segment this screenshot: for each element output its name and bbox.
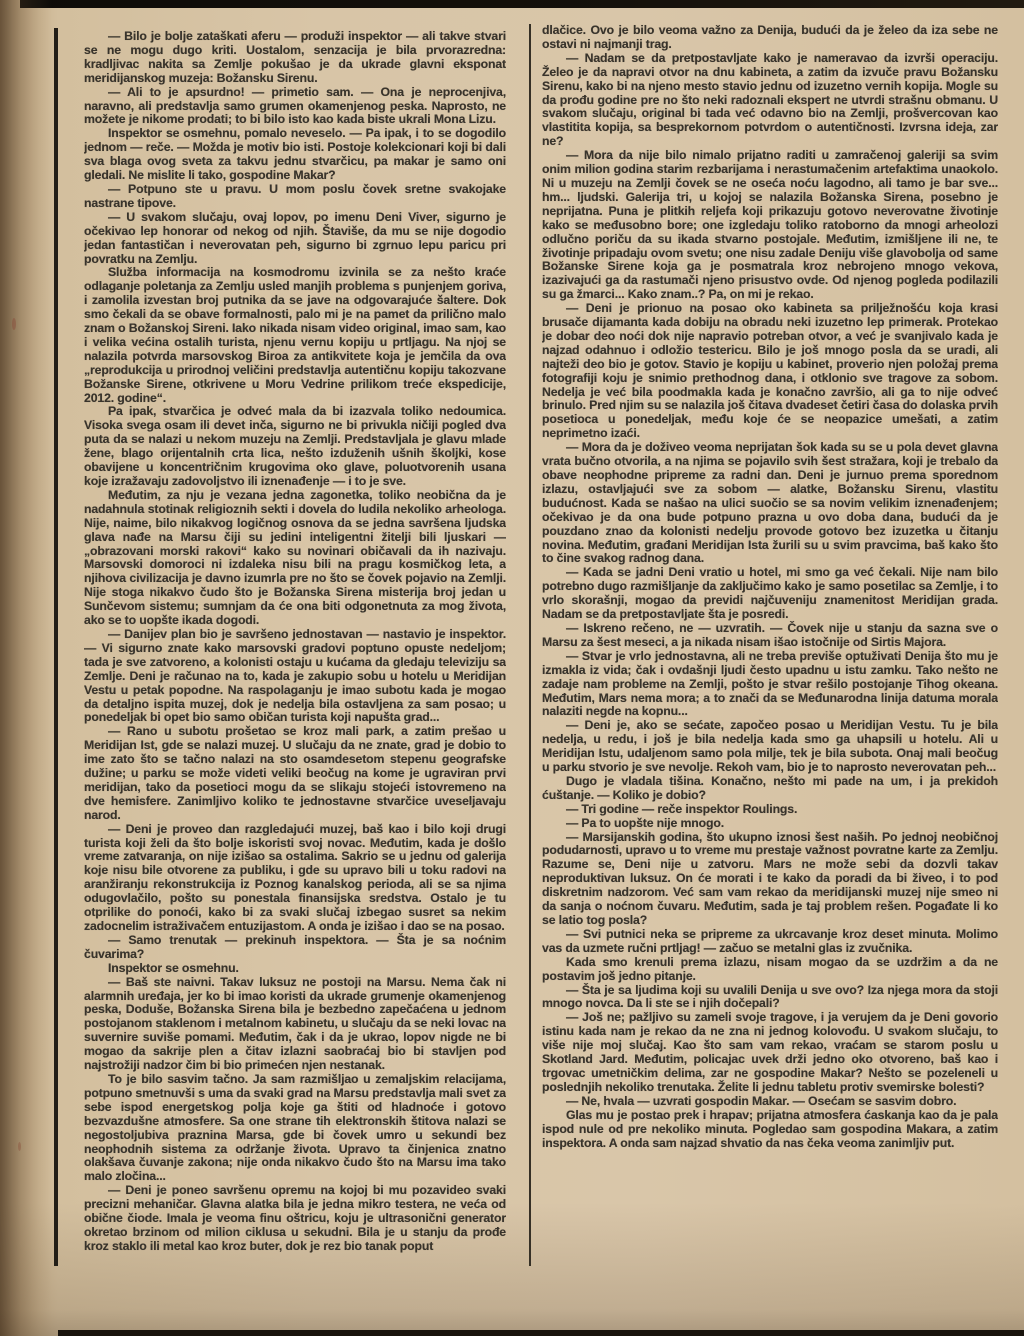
paragraph: — Deni je poneo savršenu opremu na kojoj… xyxy=(84,1184,506,1254)
paragraph: — Bilo je bolje zataškati aferu — produž… xyxy=(84,30,506,86)
paragraph: To je bilo sasvim tačno. Ja sam razmišlj… xyxy=(84,1073,506,1184)
paragraph: — Marsijanskih godina, što ukupno iznosi… xyxy=(542,831,998,928)
scan-edge-bottom xyxy=(58,1330,1024,1336)
left-margin-rule xyxy=(54,28,58,1266)
paragraph: — Samo trenutak — prekinuh inspektora. —… xyxy=(84,934,506,962)
column-divider-rule xyxy=(529,24,531,1266)
paragraph: — Još ne; pažljivo su zameli svoje trago… xyxy=(542,1011,998,1094)
paragraph: Pa ipak, stvarčica je odveć mala da bi i… xyxy=(84,405,506,488)
paragraph: — Ali to je apsurdno! — primetio sam. — … xyxy=(84,86,506,128)
paragraph: — Potpuno ste u pravu. U mom poslu čovek… xyxy=(84,183,506,211)
paragraph: — Rano u subotu prošetao se kroz mali pa… xyxy=(84,725,506,822)
paragraph: — Šta je sa ljudima koji su uvalili Deni… xyxy=(542,984,998,1012)
paragraph: Kada smo krenuli prema izlazu, nisam mog… xyxy=(542,956,998,984)
scanned-page: — Bilo je bolje zataškati aferu — produž… xyxy=(0,0,1024,1336)
paragraph: — Ne, hvala — uzvrati gospodin Makar. — … xyxy=(542,1095,998,1109)
paragraph: Služba informacija na kosmodromu izvinil… xyxy=(84,266,506,405)
paragraph: — Deni je prionuo na posao oko kabineta … xyxy=(542,302,998,441)
paragraph: — Kada se jadni Deni vratio u hotel, mi … xyxy=(542,566,998,622)
paragraph-list: — Nadam se da pretpostavljate kako je na… xyxy=(542,52,998,1151)
paragraph: Međutim, za nju je vezana jedna zagonetk… xyxy=(84,489,506,628)
paragraph-continuation: dlačice. Ovo je bilo veoma važno za Deni… xyxy=(542,24,998,52)
paragraph: Dugo je vladala tišina. Konačno, nešto m… xyxy=(542,775,998,803)
paragraph: — Nadam se da pretpostavljate kako je na… xyxy=(542,52,998,149)
paragraph: — Deni je, ako se sećate, započeo posao … xyxy=(542,719,998,775)
paragraph: Inspektor se osmehnu, pomalo neveselo. —… xyxy=(84,127,506,183)
paragraph: — Pa to uopšte nije mnogo. xyxy=(542,817,998,831)
paragraph: — Tri godine — reče inspektor Roulings. xyxy=(542,803,998,817)
paragraph: — U svakom slučaju, ovaj lopov, po imenu… xyxy=(84,211,506,267)
paragraph: — Baš ste naivni. Takav luksuz ne postoj… xyxy=(84,976,506,1073)
scan-edge-top xyxy=(20,0,1024,8)
text-column-right: dlačice. Ovo je bilo veoma važno za Deni… xyxy=(542,24,998,1268)
paragraph: — Mora da nije bilo nimalo prijatno radi… xyxy=(542,149,998,302)
paragraph: — Mora da je doživeo veoma neprijatan šo… xyxy=(542,441,998,566)
paragraph: — Iskreno rečeno, ne — uzvratih. — Čovek… xyxy=(542,622,998,650)
text-column-left: — Bilo je bolje zataškati aferu — produž… xyxy=(84,30,506,1266)
paragraph: — Svi putnici neka se pripreme za ukrcav… xyxy=(542,928,998,956)
page-spine-shadow xyxy=(0,0,52,1336)
paper-speck xyxy=(12,318,16,330)
paragraph: — Danijev plan bio je savršeno jednostav… xyxy=(84,628,506,725)
paragraph: Glas mu je postao prek i hrapav; prijatn… xyxy=(542,1109,998,1151)
paragraph: — Stvar je vrlo jednostavna, ali ne treb… xyxy=(542,650,998,720)
paragraph: Inspektor se osmehnu. xyxy=(84,962,506,976)
paper-speck xyxy=(18,1142,21,1151)
paragraph: — Deni je proveo dan razgledajući muzej,… xyxy=(84,823,506,934)
